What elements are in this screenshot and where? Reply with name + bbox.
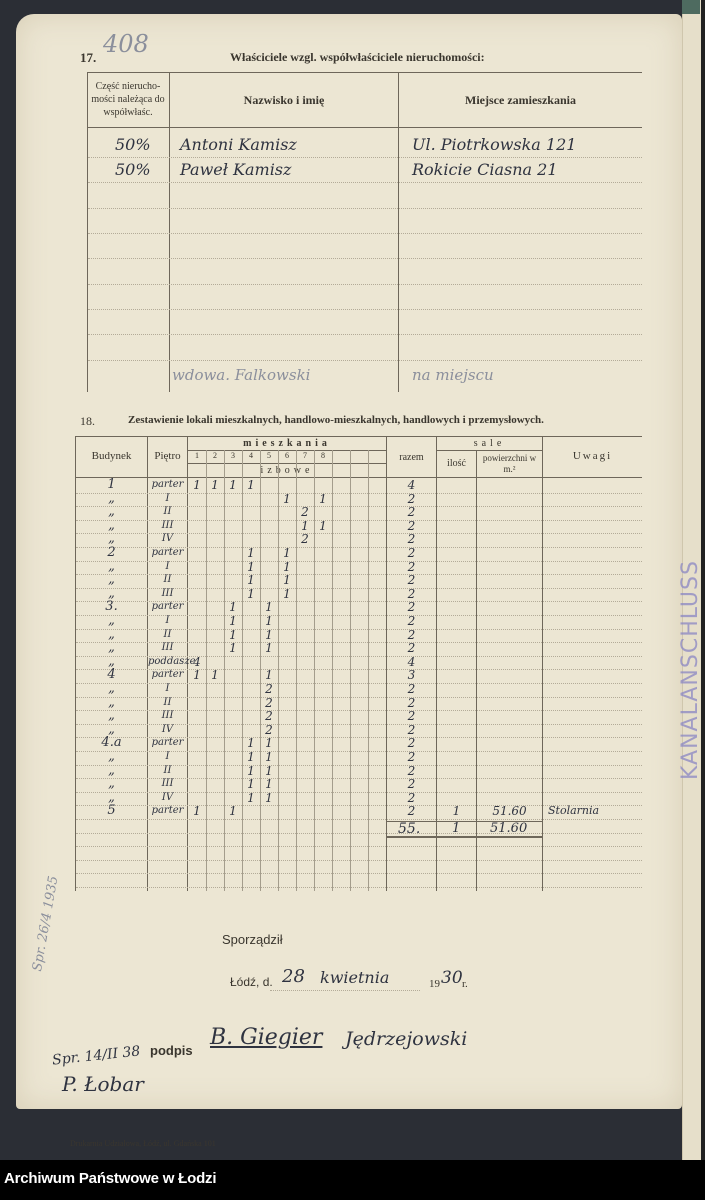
cell-rooms: 2 <box>296 505 314 519</box>
cell-rooms: 1 <box>224 478 242 492</box>
room-col-header: 1 <box>188 451 206 460</box>
cell-rooms: 1 <box>278 587 296 601</box>
cell-rooms: 1 <box>260 614 278 628</box>
room-col-header: 3 <box>224 451 242 460</box>
cell-total: 2 <box>387 573 436 587</box>
cell-building: 1 <box>76 478 147 492</box>
room-col-header: 7 <box>296 451 314 460</box>
cell-floor: parter <box>148 736 187 750</box>
room-col-header: 5 <box>260 451 278 460</box>
sum-count: 1 <box>452 821 460 836</box>
cell-rooms: 1 <box>278 492 296 506</box>
cell-rooms: 2 <box>260 696 278 710</box>
cell-rooms: 1 <box>242 777 260 791</box>
cell-total: 2 <box>387 696 436 710</box>
cell-total: 2 <box>387 750 436 764</box>
cell-total: 2 <box>387 777 436 791</box>
cell-total: 2 <box>387 505 436 519</box>
cell-rooms: 1 <box>260 668 278 682</box>
cell-rooms: 4 <box>188 655 206 669</box>
binding-tab <box>682 0 700 14</box>
prepared-by-label: Sporządził <box>222 932 283 947</box>
sum-area: 51.60 <box>490 821 527 836</box>
cell-floor: III <box>148 519 187 533</box>
cell-rooms: 1 <box>242 791 260 805</box>
section18-title: Zestawienie lokali mieszkalnych, handlow… <box>128 414 544 426</box>
cell-floor: I <box>148 560 187 574</box>
cell-rooms: 1 <box>224 600 242 614</box>
cell-floor: I <box>148 682 187 696</box>
room-col-header: 2 <box>206 451 224 460</box>
cell-total: 2 <box>387 764 436 778</box>
header-count: ilość <box>437 458 476 469</box>
side-stamp: KANALANSCHLUSS <box>678 560 703 780</box>
owner-name: Paweł Kamisz <box>180 160 291 179</box>
cell-rooms: 1 <box>242 587 260 601</box>
header-notes: Uwagi <box>543 450 642 462</box>
cell-rooms: 1 <box>242 764 260 778</box>
cell-total: 2 <box>387 723 436 737</box>
cell-floor: II <box>148 764 187 778</box>
cell-building: „ <box>76 614 147 628</box>
cell-rooms: 1 <box>314 519 332 533</box>
room-col-header: 8 <box>314 451 332 460</box>
cell-rooms: 1 <box>206 668 224 682</box>
section18-number: 18. <box>80 414 95 429</box>
cell-notes: Stolarnia <box>548 804 599 818</box>
owner-name: Antoni Kamisz <box>180 135 297 154</box>
year-suffix: 30 <box>441 968 463 988</box>
cell-floor: parter <box>148 546 187 560</box>
cell-total: 2 <box>387 546 436 560</box>
pencil-note-residence: na miejscu <box>412 366 494 384</box>
cell-floor: II <box>148 573 187 587</box>
cell-rooms: 1 <box>260 791 278 805</box>
cell-rooms: 2 <box>260 723 278 737</box>
signature-label: podpis <box>150 1043 193 1058</box>
cell-count: 1 <box>437 804 476 818</box>
section17-number: 17. <box>80 50 96 66</box>
cell-rooms: 1 <box>224 804 242 818</box>
cell-total: 2 <box>387 736 436 750</box>
header-total: razem <box>387 452 436 463</box>
cell-floor: I <box>148 492 187 506</box>
cell-floor: parter <box>148 478 187 492</box>
printer-imprint: Drukarnia Udziałowa, Łódź, ul. Gdańska 1… <box>70 1139 216 1148</box>
cell-rooms: 1 <box>206 478 224 492</box>
date-day: 28 <box>282 966 305 987</box>
year-prefix: 19 <box>429 978 440 990</box>
archive-footer: Archiwum Państwowe w Łodzi <box>0 1160 705 1200</box>
cell-rooms: 1 <box>224 641 242 655</box>
cell-rooms: 1 <box>242 750 260 764</box>
cell-rooms: 1 <box>224 614 242 628</box>
cell-total: 2 <box>387 614 436 628</box>
year-end: r. <box>462 978 468 990</box>
cell-floor: IV <box>148 532 187 546</box>
cell-floor: parter <box>148 804 187 818</box>
header-building: Budynek <box>76 450 147 462</box>
cell-total: 2 <box>387 600 436 614</box>
cell-floor: III <box>148 641 187 655</box>
signature-1: B. Giegier <box>210 1025 322 1050</box>
cell-rooms: 1 <box>260 750 278 764</box>
cell-building: „ <box>76 682 147 696</box>
cell-total: 2 <box>387 560 436 574</box>
cell-rooms: 2 <box>260 709 278 723</box>
cell-floor: II <box>148 628 187 642</box>
owner-share: 50% <box>115 135 151 154</box>
cell-total: 2 <box>387 628 436 642</box>
cell-rooms: 2 <box>296 532 314 546</box>
cell-rooms: 1 <box>296 519 314 533</box>
cell-total: 2 <box>387 532 436 546</box>
date-month: kwietnia <box>320 968 389 987</box>
cell-total: 3 <box>387 668 436 682</box>
page-number-pencil: 408 <box>103 30 149 58</box>
cell-rooms: 1 <box>242 736 260 750</box>
cell-rooms: 1 <box>242 560 260 574</box>
pencil-note-name: wdowa. Falkowski <box>172 366 310 384</box>
cell-total: 4 <box>387 478 436 492</box>
cell-rooms: 1 <box>188 668 206 682</box>
cell-total: 2 <box>387 641 436 655</box>
cell-floor: III <box>148 587 187 601</box>
cell-building: „ <box>76 750 147 764</box>
cell-building: 5 <box>76 804 147 818</box>
cell-floor: parter <box>148 600 187 614</box>
room-col-header: 6 <box>278 451 296 460</box>
cell-total: 2 <box>387 709 436 723</box>
cell-floor: III <box>148 709 187 723</box>
cell-floor: IV <box>148 723 187 737</box>
cell-rooms: 1 <box>242 478 260 492</box>
cell-rooms: 1 <box>260 641 278 655</box>
place-date-prefix: Łódź, d. <box>230 975 273 989</box>
cell-rooms: 1 <box>314 492 332 506</box>
cell-rooms: 1 <box>278 546 296 560</box>
cell-floor: II <box>148 696 187 710</box>
archive-label: Archiwum Państwowe w Łodzi <box>4 1170 216 1187</box>
header-area: powierzchni w m.² <box>477 453 542 475</box>
cell-rooms: 1 <box>278 560 296 574</box>
cell-rooms: 1 <box>260 600 278 614</box>
cell-total: 2 <box>387 682 436 696</box>
owner-residence: Rokicie Ciasna 21 <box>412 160 558 179</box>
header-residence: Miejsce zamieszkania <box>399 93 642 108</box>
header-name: Nazwisko i imię <box>170 93 398 108</box>
cell-rooms: 2 <box>260 682 278 696</box>
room-col-header: 4 <box>242 451 260 460</box>
cell-rooms: 1 <box>188 804 206 818</box>
cell-floor: I <box>148 750 187 764</box>
cell-floor: I <box>148 614 187 628</box>
cell-rooms: 1 <box>260 777 278 791</box>
cell-floor: IV <box>148 791 187 805</box>
cell-building: 2 <box>76 546 147 560</box>
cell-rooms: 1 <box>260 736 278 750</box>
header-apartments: mieszkania <box>188 438 386 449</box>
cell-rooms: 1 <box>188 478 206 492</box>
section17-title: Właściciele wzgl. współwłaściciele nieru… <box>230 50 485 65</box>
header-floor: Piętro <box>148 450 187 462</box>
owner-residence: Ul. Piotrkowska 121 <box>412 135 576 154</box>
cell-floor: III <box>148 777 187 791</box>
cell-total: 2 <box>387 791 436 805</box>
sum-total: 55. <box>398 821 420 837</box>
cell-area: 51.60 <box>477 804 542 818</box>
cell-rooms: 1 <box>278 573 296 587</box>
cell-rooms: 1 <box>260 628 278 642</box>
check-signature: P. Łobar <box>62 1072 144 1096</box>
owner-share: 50% <box>115 160 151 179</box>
cell-rooms: 1 <box>224 628 242 642</box>
cell-rooms: 1 <box>242 546 260 560</box>
cell-floor: poddasze <box>148 655 187 669</box>
header-rooms: izbowe <box>188 465 386 476</box>
cell-total: 2 <box>387 587 436 601</box>
cell-total: 4 <box>387 655 436 669</box>
signature-2: Jędrzejowski <box>345 1028 467 1050</box>
header-halls: sale <box>437 438 542 449</box>
cell-total: 2 <box>387 804 436 818</box>
cell-rooms: 1 <box>242 573 260 587</box>
header-share: Część nierucho-mości należąca do współwł… <box>88 80 168 119</box>
cell-floor: II <box>148 505 187 519</box>
cell-total: 2 <box>387 519 436 533</box>
cell-floor: parter <box>148 668 187 682</box>
cell-total: 2 <box>387 492 436 506</box>
cell-rooms: 1 <box>260 764 278 778</box>
